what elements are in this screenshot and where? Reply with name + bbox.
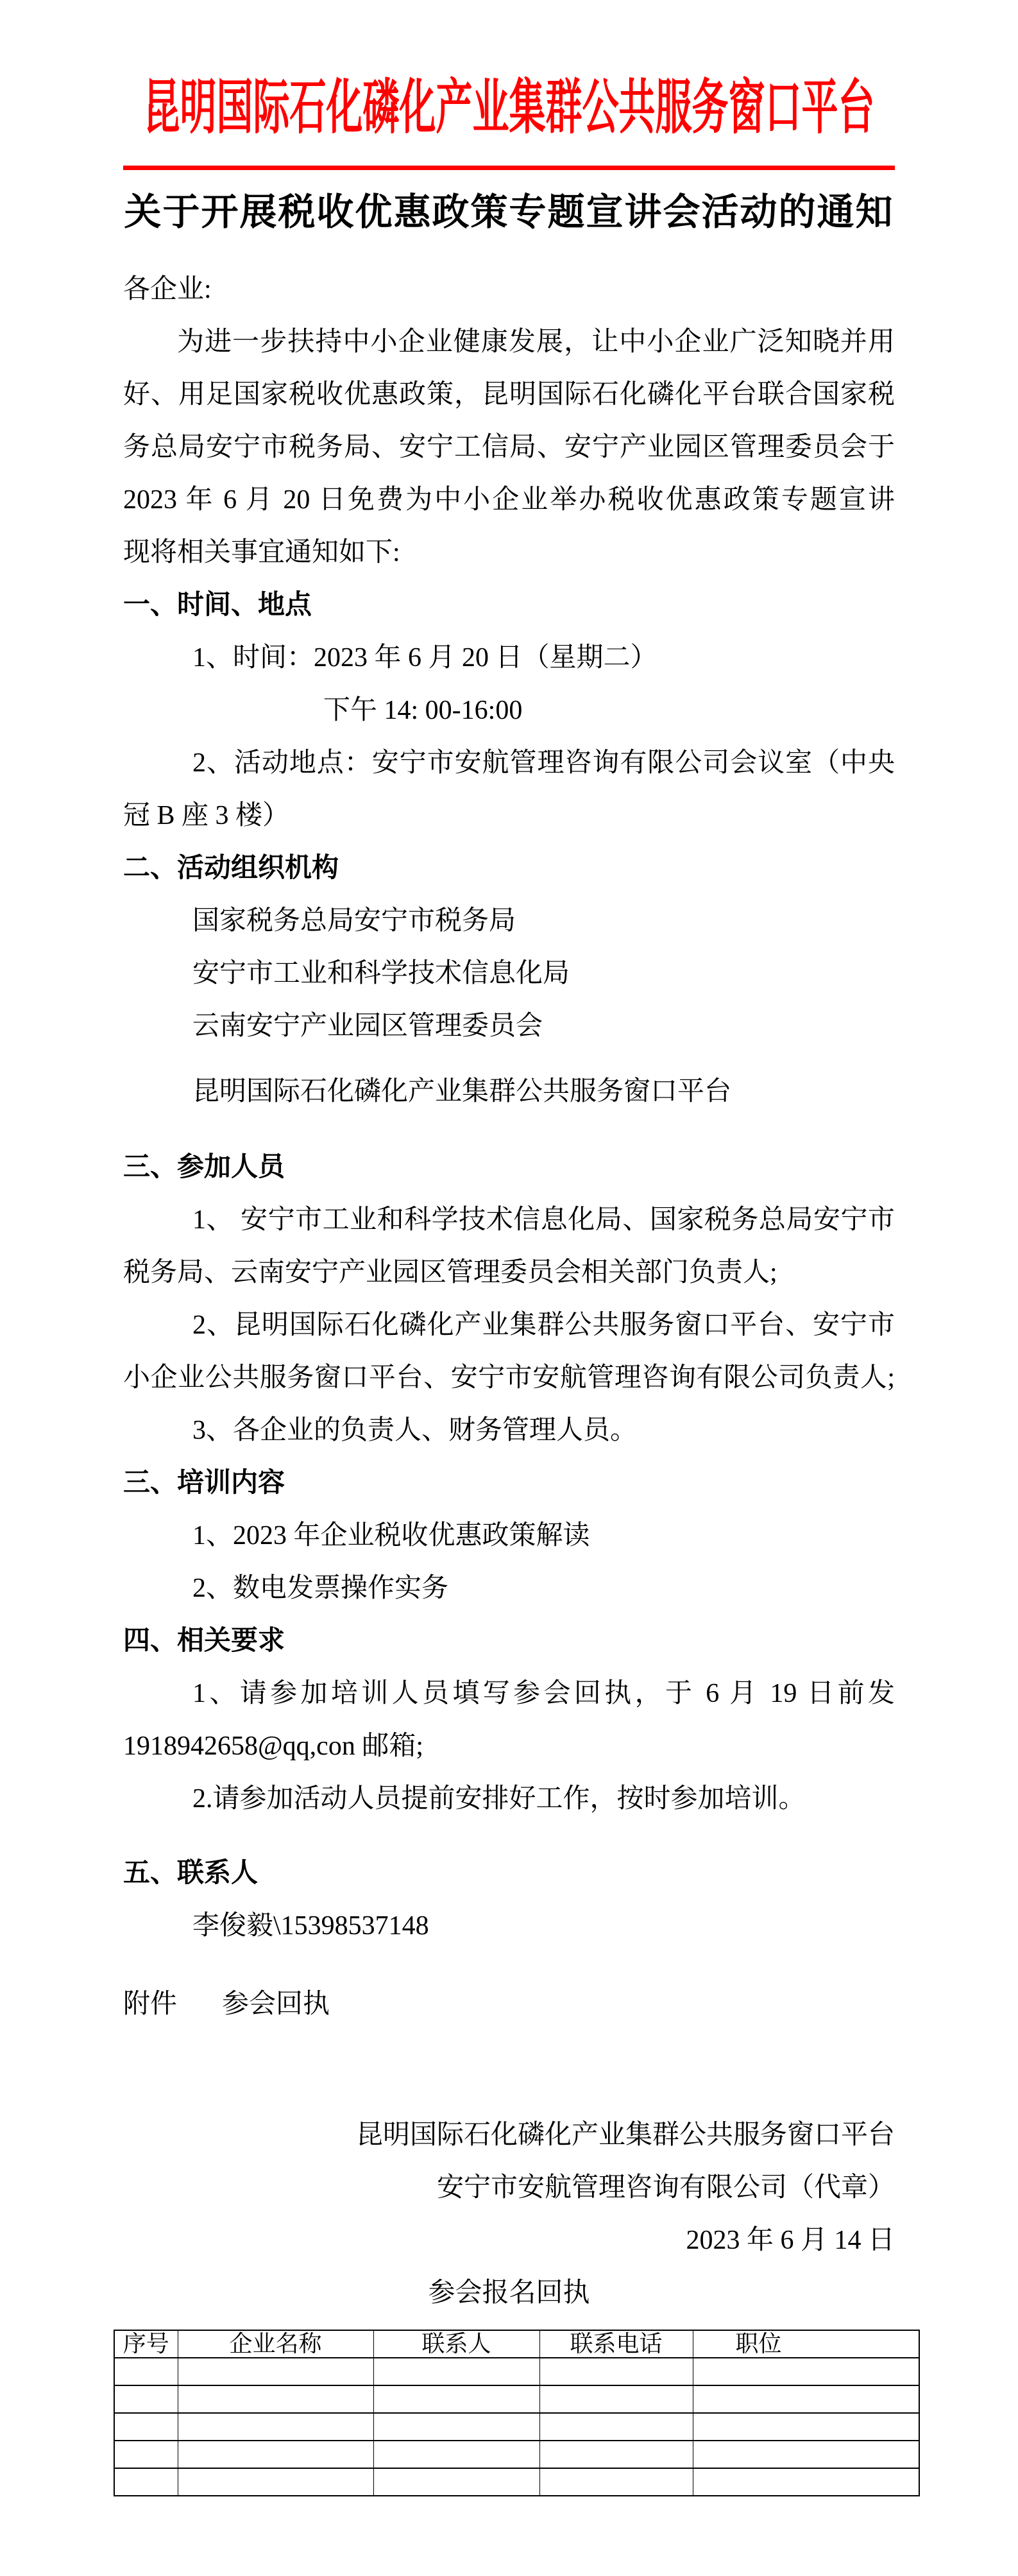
empty-cell <box>539 2441 693 2468</box>
empty-cell <box>178 2385 373 2413</box>
time-range-line: 下午 14: 00-16:00 <box>123 684 895 737</box>
participant-line-cont: 小企业公共服务窗口平台、安宁市安航管理咨询有限公司负责人; <box>123 1352 895 1404</box>
reply-form-header-row: 序号 企业名称 联系人 联系电话 职位 <box>114 2330 919 2358</box>
masthead-divider <box>123 166 895 170</box>
empty-form-row <box>114 2441 919 2468</box>
empty-cell <box>114 2441 178 2468</box>
time-line: 1、时间：2023 年 6 月 20 日（星期二） <box>123 631 895 684</box>
intro-line: 务总局安宁市税务局、安宁工信局、安宁产业园区管理委员会于 <box>123 421 895 474</box>
empty-cell <box>373 2441 539 2468</box>
organizer-line: 安宁市工业和科学技术信息化局 <box>123 947 895 1000</box>
section-heading-organizers: 二、活动组织机构 <box>123 842 895 895</box>
notice-title: 关于开展税收优惠政策专题宣讲会活动的通知 <box>0 192 1018 233</box>
column-header-serial: 序号 <box>114 2330 178 2358</box>
empty-cell <box>114 2468 178 2496</box>
signature-date: 2023 年 6 月 14 日 <box>123 2214 895 2267</box>
contact-line: 李俊毅\15398537148 <box>123 1900 895 1952</box>
organizer-line: 昆明国际石化磷化产业集群公共服务窗口平台 <box>123 1065 895 1118</box>
intro-line: 好、用足国家税收优惠政策，昆明国际石化磷化平台联合国家税 <box>123 368 895 421</box>
empty-cell <box>114 2358 178 2385</box>
empty-cell <box>373 2468 539 2496</box>
column-header-phone: 联系电话 <box>539 2330 693 2358</box>
participant-line: 1、 安宁市工业和科学技术信息化局、国家税务总局安宁市 <box>123 1194 895 1246</box>
section-heading-participants: 三、参加人员 <box>123 1141 895 1194</box>
participant-line: 2、昆明国际石化磷化产业集群公共服务窗口平台、安宁市中 <box>123 1299 895 1352</box>
column-header-position: 职位 <box>693 2330 919 2358</box>
section-heading-contact: 五、联系人 <box>123 1847 895 1900</box>
column-header-contact: 联系人 <box>373 2330 539 2358</box>
empty-cell <box>539 2358 693 2385</box>
empty-cell <box>373 2358 539 2385</box>
empty-cell <box>114 2413 178 2441</box>
section-heading-requirements: 四、相关要求 <box>123 1615 895 1667</box>
empty-cell <box>539 2385 693 2413</box>
masthead-title: 昆明国际石化磷化产业集群公共服务窗口平台 <box>144 57 875 161</box>
empty-form-row <box>114 2385 919 2413</box>
intro-line: 现将相关事宜通知如下: <box>123 526 895 579</box>
participant-line: 3、各企业的负责人、财务管理人员。 <box>123 1404 895 1457</box>
section-heading-time-place: 一、时间、地点 <box>123 579 895 631</box>
empty-cell <box>373 2385 539 2413</box>
empty-cell <box>178 2468 373 2496</box>
empty-form-row <box>114 2358 919 2385</box>
column-header-company: 企业名称 <box>178 2330 373 2358</box>
requirement-line: 1、请参加培训人员填写参会回执，于 6 月 19 日前发 <box>123 1667 895 1720</box>
masthead: 昆明国际石化磷化产业集群公共服务窗口平台 <box>0 77 1018 141</box>
document-page: 昆明国际石化磷化产业集群公共服务窗口平台 关于开展税收优惠政策专题宣讲会活动的通… <box>0 0 1018 2576</box>
empty-cell <box>178 2441 373 2468</box>
requirement-line: 2.请参加活动人员提前安排好工作，按时参加培训。 <box>123 1773 895 1825</box>
empty-cell <box>693 2413 919 2441</box>
empty-cell <box>178 2358 373 2385</box>
empty-cell <box>693 2441 919 2468</box>
empty-cell <box>693 2358 919 2385</box>
salutation: 各企业: <box>123 263 895 316</box>
section-heading-training-content: 三、培训内容 <box>123 1457 895 1509</box>
empty-cell <box>373 2413 539 2441</box>
notice-body: 各企业: 为进一步扶持中小企业健康发展，让中小企业广泛知晓并用 好、用足国家税收… <box>123 263 895 2319</box>
organizer-line: 国家税务总局安宁市税务局 <box>123 895 895 947</box>
training-line: 1、2023 年企业税收优惠政策解读 <box>123 1509 895 1562</box>
reply-form-title: 参会报名回执 <box>123 2267 895 2319</box>
signature-company: 安宁市安航管理咨询有限公司（代章） <box>123 2161 895 2214</box>
participant-line-cont: 税务局、云南安宁产业园区管理委员会相关部门负责人; <box>123 1246 895 1299</box>
empty-form-row <box>114 2468 919 2496</box>
empty-cell <box>539 2413 693 2441</box>
intro-line: 为进一步扶持中小企业健康发展，让中小企业广泛知晓并用 <box>123 316 895 368</box>
empty-cell <box>693 2385 919 2413</box>
attachment-line: 附件参会回执 <box>123 1978 895 2031</box>
empty-cell <box>539 2468 693 2496</box>
signature-platform: 昆明国际石化磷化产业集群公共服务窗口平台 <box>123 2109 895 2161</box>
empty-cell <box>693 2468 919 2496</box>
attachment-label: 附件 <box>123 1989 177 2019</box>
empty-cell <box>114 2385 178 2413</box>
empty-cell <box>178 2413 373 2441</box>
training-line: 2、数电发票操作实务 <box>123 1562 895 1615</box>
organizer-line: 云南安宁产业园区管理委员会 <box>123 1000 895 1052</box>
attachment-title: 参会回执 <box>222 1989 330 2019</box>
requirement-email-line: 1918942658@qq,con 邮箱; <box>123 1720 895 1773</box>
place-line-cont: 冠 B 座 3 楼） <box>123 789 895 842</box>
reply-form-table: 序号 企业名称 联系人 联系电话 职位 <box>114 2330 920 2496</box>
intro-line: 2023 年 6 月 20 日免费为中小企业举办税收优惠政策专题宣讲会， <box>123 474 895 526</box>
empty-form-row <box>114 2413 919 2441</box>
place-line: 2、活动地点：安宁市安航管理咨询有限公司会议室（中央华 <box>123 737 895 789</box>
